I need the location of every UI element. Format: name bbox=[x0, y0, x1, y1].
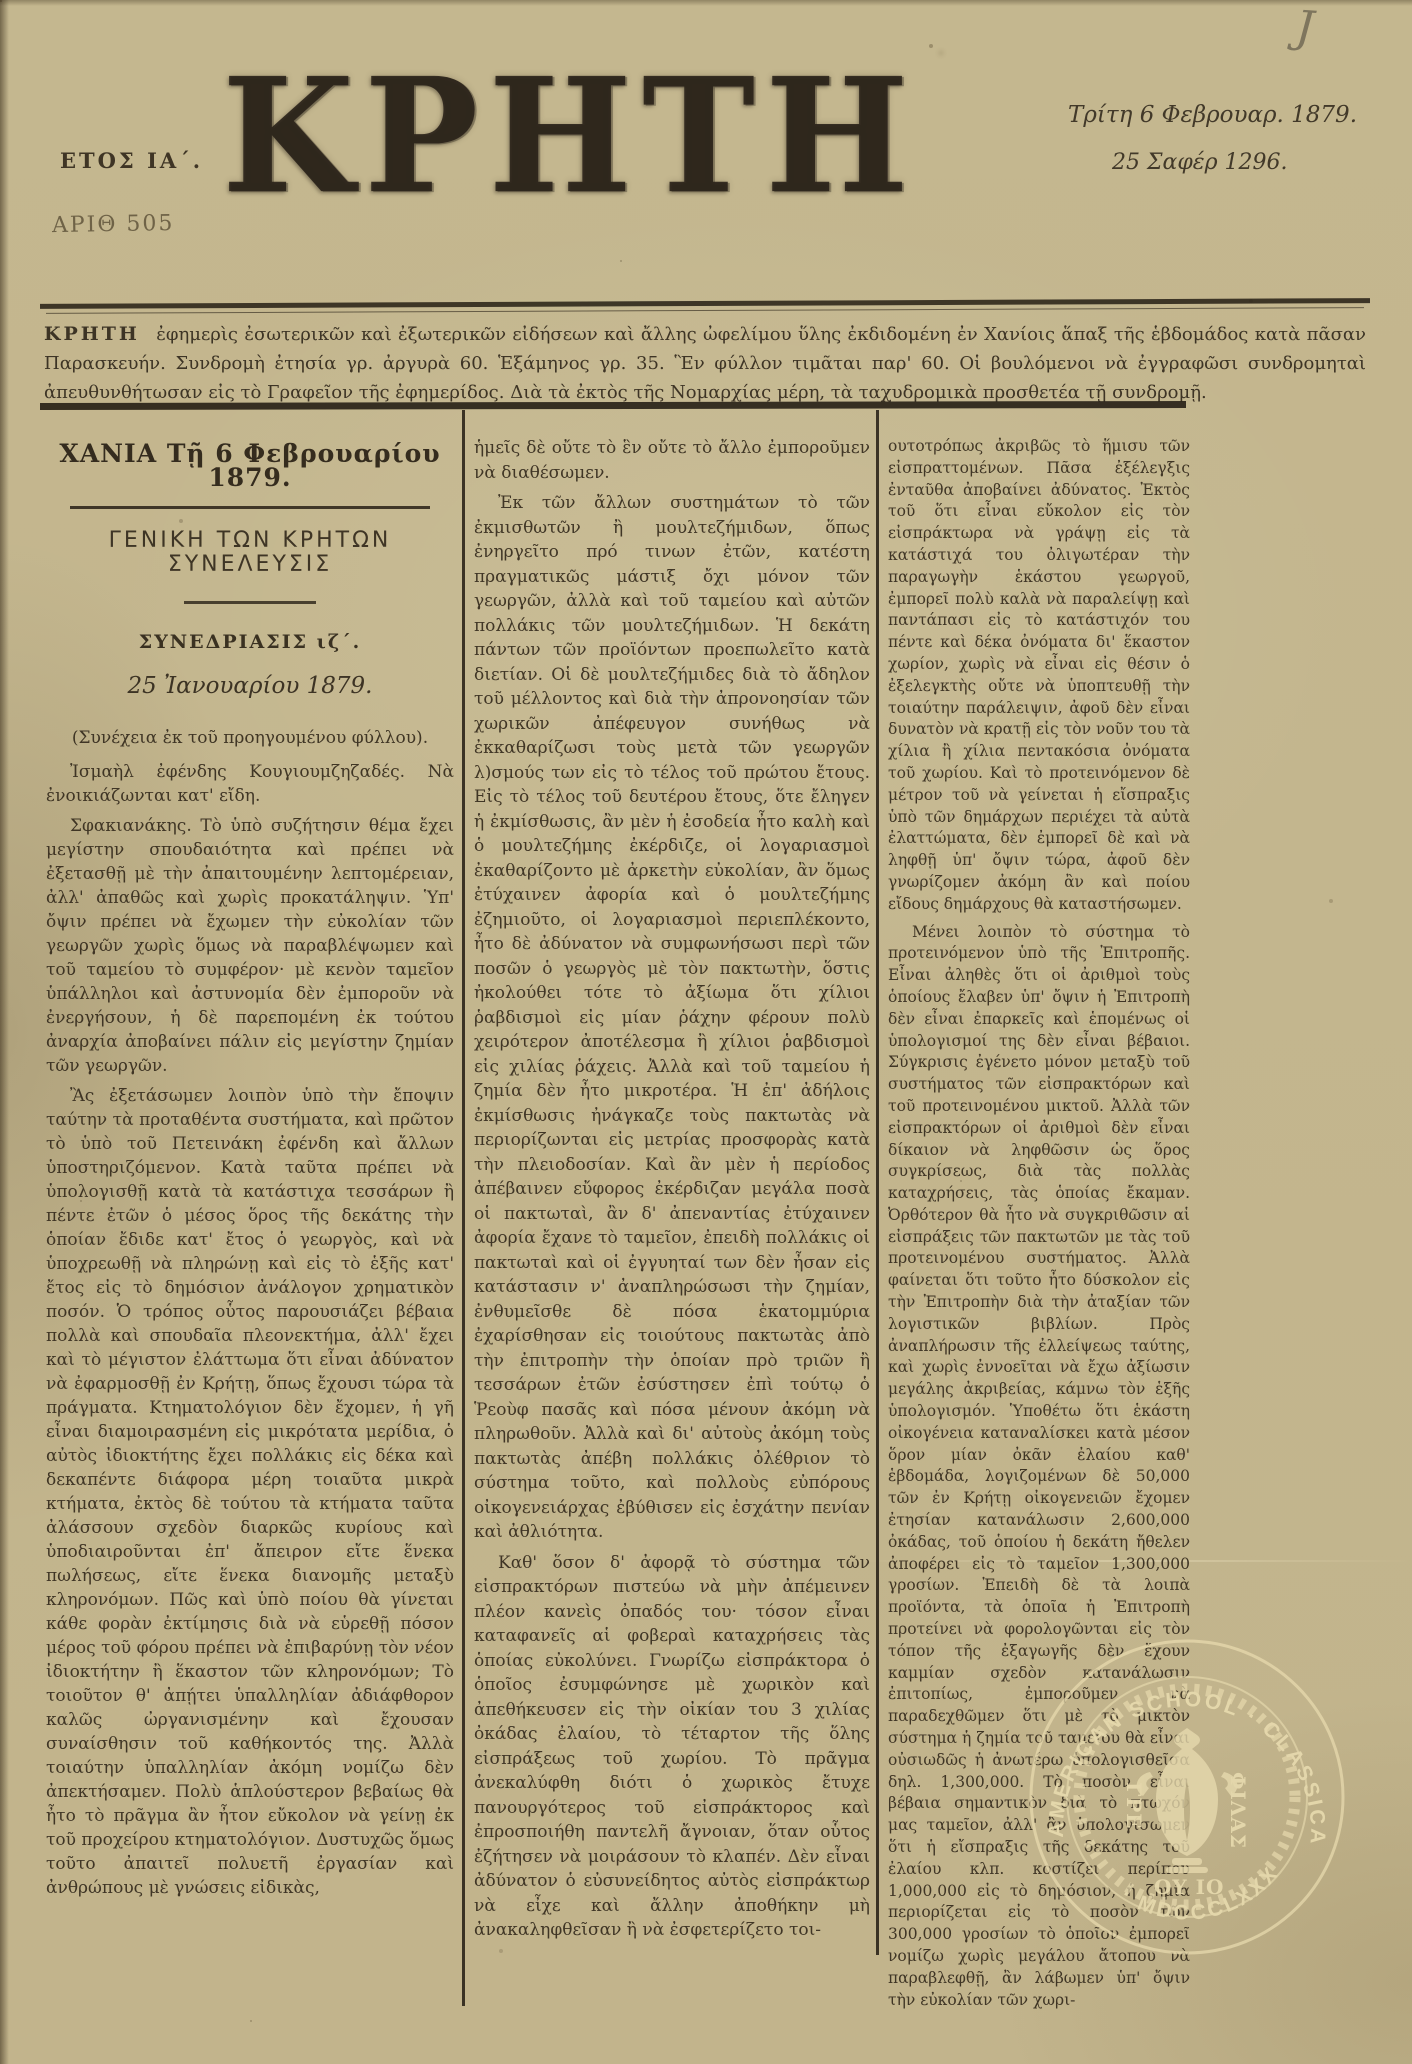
date-gregorian: Τρίτη 6 Φεβρουαρ. 1879. bbox=[1068, 102, 1357, 128]
article-paragraph: Καθ' ὅσον δ' ἀφορᾷ τὸ σύστημα τῶν εἰσπρα… bbox=[474, 1551, 870, 1943]
masthead-rule-thin bbox=[46, 307, 1364, 314]
columns-top-rule bbox=[40, 401, 1186, 410]
column-1-paragraphs: Ἰσμαὴλ ἐφένδης Κουγιουμζηζαδές. Νὰ ἐνοικ… bbox=[46, 760, 454, 1900]
date-ottoman: 25 Σαφέρ 1296. bbox=[1112, 150, 1288, 175]
scan-edge-shadow-top bbox=[0, 0, 1412, 6]
column-2: ἡμεῖς δὲ οὔτε τὸ ἓν οὔτε τὸ ἄλλο ἐμποροῦ… bbox=[474, 414, 870, 1943]
column-1: ΧΑΝΙΑ Τῇ 6 Φεβρουαρίου 1879. ΓΕΝΙΚΗ ΤΩΝ … bbox=[46, 414, 454, 1900]
scan-edge-shadow bbox=[0, 0, 9, 2064]
article-paragraph: ουτοτρόπως ἀκριβῶς τὸ ἥμισυ τῶν εἰσπραττ… bbox=[888, 436, 1190, 916]
session-date: 25 Ἰανουαρίου 1879. bbox=[46, 674, 454, 698]
paper-specks bbox=[0, 0, 2, 2]
stamp-motto-right: ΦΙΛΑΣ bbox=[1226, 1772, 1250, 1849]
newspaper-page: ΕΤΟΣ ΙΑ΄. ΑΡΙΘ 505 ΚΡΗΤΗ Τρίτη 6 Φεβρουα… bbox=[0, 0, 1412, 2064]
article-paragraph: Ἰσμαὴλ ἐφένδης Κουγιουμζηζαδές. Νὰ ἐνοικ… bbox=[46, 760, 454, 808]
issue-number-label: ΑΡΙΘ 505 bbox=[52, 211, 175, 238]
library-stamp: AMERICAN SCHOOL · CLASSICAL STVDIES AT A… bbox=[1022, 1632, 1352, 1962]
stamp-motto-left: ΓΡΕ bbox=[1122, 1782, 1146, 1829]
session-heading: ΣΥΝΕΔΡΙΑΣΙΣ ιζ΄. bbox=[46, 630, 454, 654]
imprint-lead: ΚΡΗΤΗ bbox=[44, 323, 150, 345]
masthead-title: ΚΡΗΤΗ bbox=[222, 49, 919, 223]
article-paragraph: Ἐκ τῶν ἄλλων συστημάτων τὸ τῶν ἐκμισθωτῶ… bbox=[474, 491, 870, 1545]
title-rule bbox=[184, 601, 316, 604]
article-paragraph: Ἂς ἐξετάσωμεν λοιπὸν ὑπὸ τὴν ἔποψιν ταύτ… bbox=[46, 1084, 454, 1900]
stamp-motto-lower: ΟΥ ΙΟ bbox=[1154, 1875, 1224, 1899]
imprint-paragraph: ΚΡΗΤΗ ἐφημερὶς ἐσωτερικῶν καὶ ἐξωτερικῶν… bbox=[44, 320, 1366, 407]
continuation-note: (Συνέχεια ἐκ τοῦ προηγουμένου φύλλου). bbox=[46, 726, 454, 750]
article-title: ΓΕΝΙΚΗ ΤΩΝ ΚΡΗΤΩΝ ΣΥΝΕΛΕΥΣΙΣ bbox=[46, 529, 454, 577]
column-2-paragraphs: ἡμεῖς δὲ οὔτε τὸ ἓν οὔτε τὸ ἄλλο ἐμποροῦ… bbox=[474, 436, 870, 1943]
imprint-text: ἐφημερὶς ἐσωτερικῶν καὶ ἐξωτερικῶν εἰδήσ… bbox=[44, 324, 1366, 403]
article-dateline: ΧΑΝΙΑ Τῇ 6 Φεβρουαρίου 1879. bbox=[46, 442, 454, 490]
dateline-rule bbox=[70, 506, 429, 509]
article-paragraph: ἡμεῖς δὲ οὔτε τὸ ἓν οὔτε τὸ ἄλλο ἐμποροῦ… bbox=[474, 436, 870, 485]
column-divider-2 bbox=[876, 410, 879, 1955]
column-divider-1 bbox=[462, 410, 465, 2006]
issue-year-label: ΕΤΟΣ ΙΑ΄. bbox=[60, 148, 203, 173]
article-paragraph: Σφακιανάκης. Τὸ ὑπὸ συζήτησιν θέμα ἔχει … bbox=[46, 814, 454, 1078]
handwritten-mark: J bbox=[1294, 1, 1315, 53]
